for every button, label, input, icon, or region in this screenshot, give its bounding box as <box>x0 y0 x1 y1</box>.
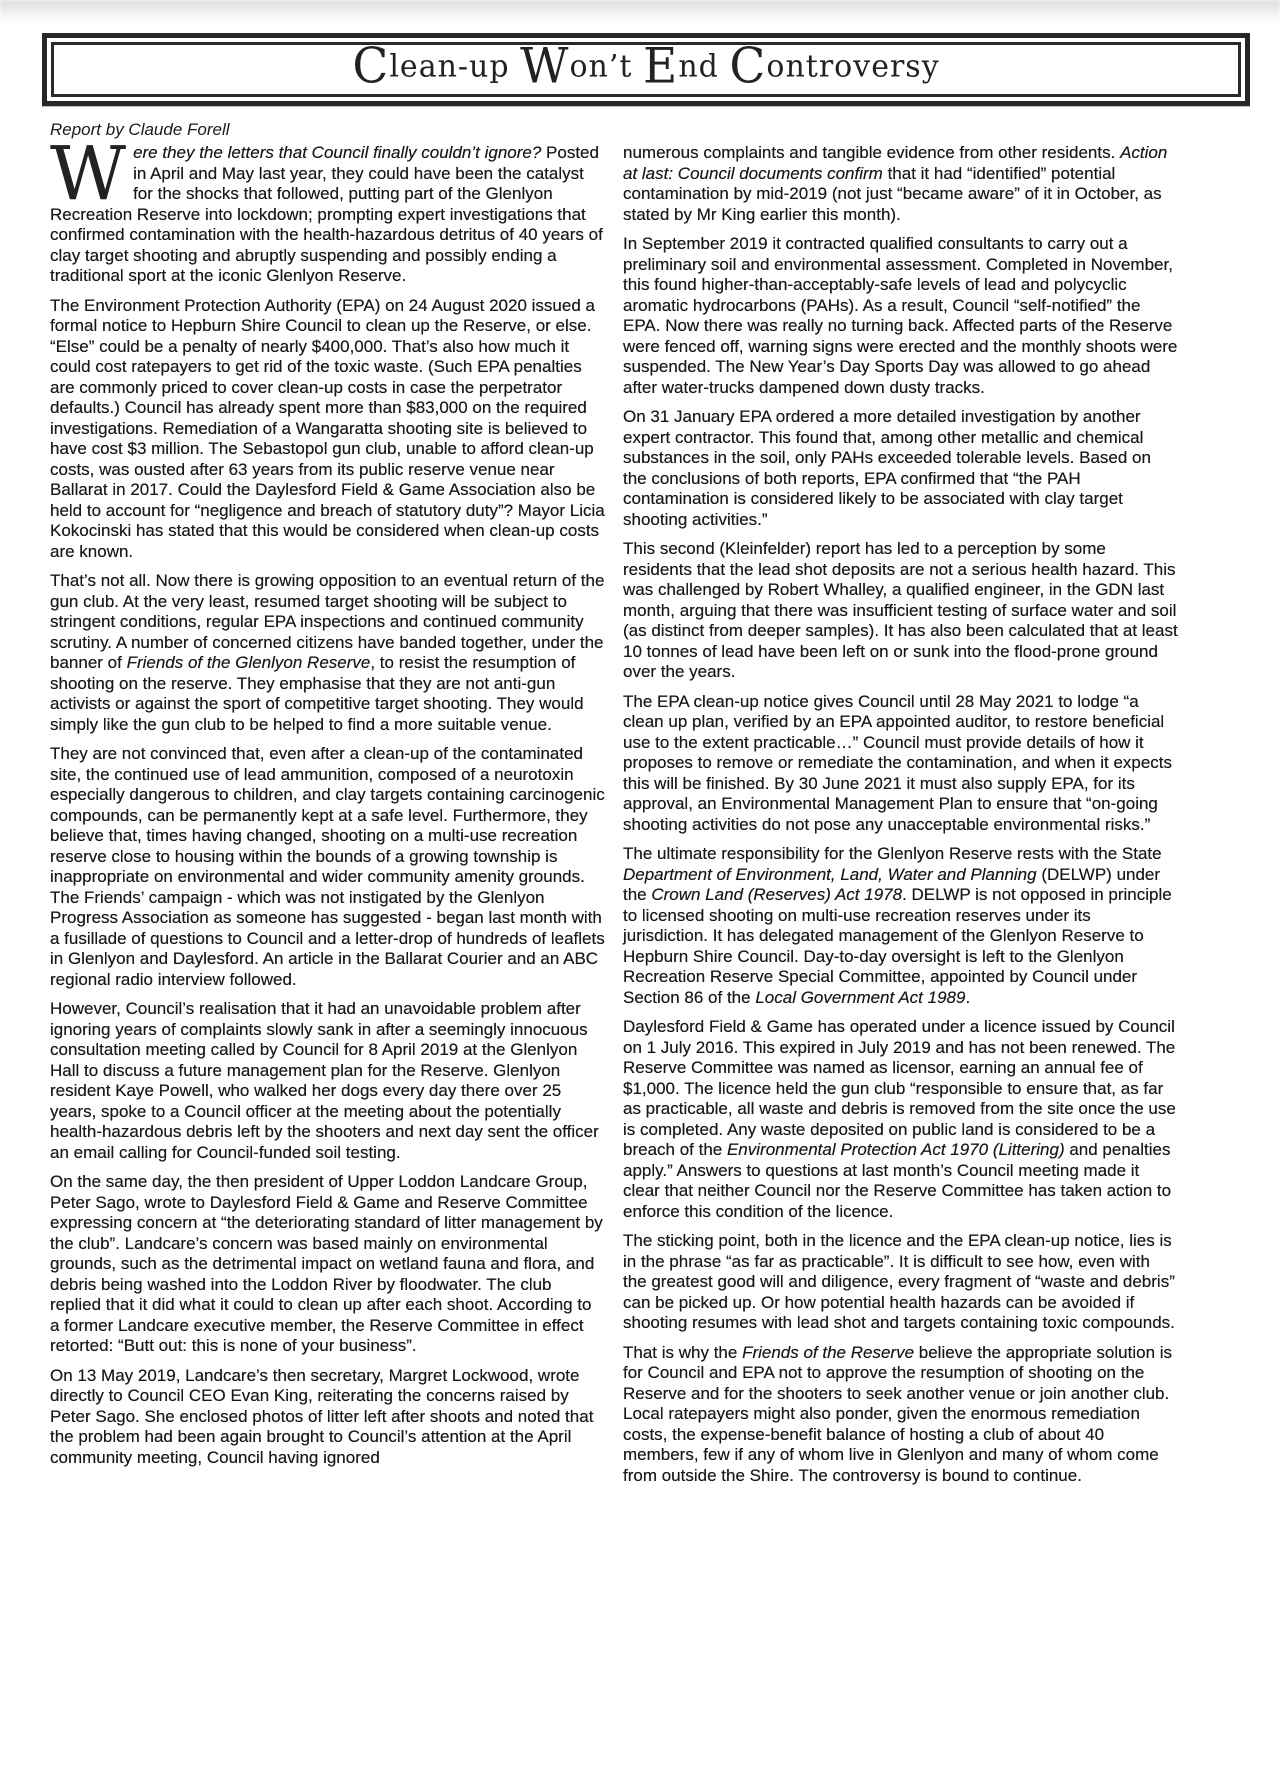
text-segment: On 13 May 2019, Landcare’s then secretar… <box>50 1366 593 1467</box>
paragraph: They are not convinced that, even after … <box>50 744 605 990</box>
paragraph: On 31 January EPA ordered a more detaile… <box>623 407 1178 530</box>
paragraph: The ultimate responsibility for the Glen… <box>623 844 1178 1008</box>
text-segment: On 31 January EPA ordered a more detaile… <box>623 407 1151 529</box>
article-body: Report by Claude Forell Were they the le… <box>50 120 1222 1495</box>
text-segment: However, Council’s realisation that it h… <box>50 999 599 1162</box>
title-capital-letter: W <box>520 38 569 95</box>
title-capital-letter: C <box>729 38 766 95</box>
italic-text-segment: Friends of the Reserve <box>742 1343 914 1362</box>
text-segment: That is why the <box>623 1343 742 1362</box>
paragraph: The sticking point, both in the licence … <box>623 1231 1178 1334</box>
article-title: Clean-up Won’t End Controversy <box>54 51 1238 82</box>
headline-box: Clean-up Won’t End Controversy <box>42 33 1250 106</box>
paragraph: numerous complaints and tangible evidenc… <box>623 143 1178 225</box>
italic-text-segment: Local Government Act 1989 <box>755 988 965 1007</box>
italic-text-segment: Environmental Protection Act 1970 (Litte… <box>727 1140 1065 1159</box>
newspaper-page: Clean-up Won’t End Controversy Report by… <box>0 0 1280 1792</box>
text-segment: This second (Kleinfelder) report has led… <box>623 539 1178 681</box>
drop-cap: W <box>50 143 133 202</box>
italic-text-segment: Department of Environment, Land, Water a… <box>623 865 1037 884</box>
text-columns: Were they the letters that Council final… <box>50 143 1222 1495</box>
italic-text-segment: Crown Land (Reserves) Act 1978 <box>651 885 902 904</box>
scan-artifact <box>0 0 1280 22</box>
text-segment: Posted in April and May last year, they … <box>50 143 603 285</box>
text-segment: They are not convinced that, even after … <box>50 744 605 989</box>
italic-text-segment: Friends of the Glenlyon Reserve <box>127 653 371 672</box>
byline: Report by Claude Forell <box>50 120 1222 140</box>
text-segment: The Environment Protection Authority (EP… <box>50 296 605 561</box>
paragraph: That is why the Friends of the Reserve b… <box>623 1343 1178 1487</box>
right-column: numerous complaints and tangible evidenc… <box>623 143 1178 1495</box>
paragraph: The Environment Protection Authority (EP… <box>50 296 605 563</box>
paragraph: Were they the letters that Council final… <box>50 143 605 287</box>
text-segment: numerous complaints and tangible evidenc… <box>623 143 1120 162</box>
text-segment: The ultimate responsibility for the Glen… <box>623 844 1162 863</box>
paragraph: On the same day, the then president of U… <box>50 1172 605 1357</box>
text-segment: . <box>965 988 970 1007</box>
italic-text-segment: ere they the letters that Council finall… <box>133 143 541 162</box>
text-segment: Daylesford Field & Game has operated und… <box>623 1017 1176 1159</box>
paragraph: This second (Kleinfelder) report has led… <box>623 539 1178 683</box>
text-segment: The EPA clean-up notice gives Council un… <box>623 692 1172 834</box>
title-capital-letter: E <box>643 38 678 95</box>
text-segment: believe the appropriate solution is for … <box>623 1343 1172 1485</box>
text-segment: On the same day, the then president of U… <box>50 1172 603 1355</box>
paragraph: That’s not all. Now there is growing opp… <box>50 571 605 735</box>
title-capital-letter: C <box>352 38 389 95</box>
text-segment: The sticking point, both in the licence … <box>623 1231 1175 1332</box>
paragraph: In September 2019 it contracted qualifie… <box>623 234 1178 398</box>
paragraph: Daylesford Field & Game has operated und… <box>623 1017 1178 1222</box>
paragraph: The EPA clean-up notice gives Council un… <box>623 692 1178 836</box>
text-segment: In September 2019 it contracted qualifie… <box>623 234 1177 397</box>
left-column: Were they the letters that Council final… <box>50 143 605 1495</box>
paragraph: On 13 May 2019, Landcare’s then secretar… <box>50 1366 605 1469</box>
headline-box-inner: Clean-up Won’t End Controversy <box>51 42 1241 97</box>
paragraph: However, Council’s realisation that it h… <box>50 999 605 1163</box>
